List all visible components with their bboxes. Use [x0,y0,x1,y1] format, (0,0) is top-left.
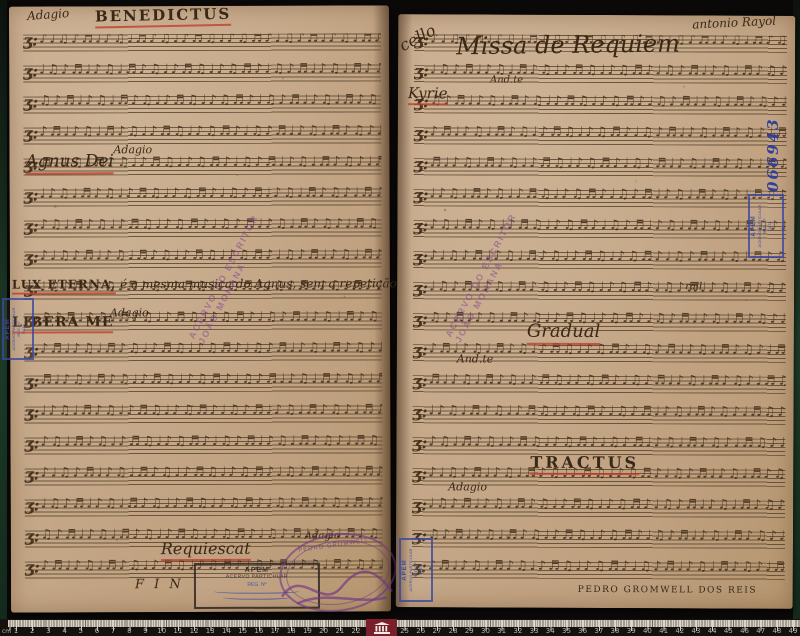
bass-clef-glyph: ʒ: [414,123,429,142]
staff-system: ʒ:♩♫♪♬♩♪♫♩♬♪♫♩♪♬♫♩♪♫♬♪♩♫♪♬♩♪♫♩♬♪♫♪♩♬♫♪♩♫… [414,65,787,84]
ruler-number: 46 [740,627,749,635]
bass-clef-glyph: ʒ: [25,496,40,515]
catalog-number: 066943 [764,117,782,192]
staff-system: ʒ:♪♬♩♪♫♩♬♪♫♩♪♬♫♩♪♫♬♪♩♫♪♬♩♪♫♩♬♪♫♪♩♬♫♪♩♫♬♪… [412,561,785,580]
handwritten-notes: ♩♫♪♬♩♪♫♩♬♪♫♩♪♬♫♩♪♫♬♪♩♫♪♬♩♪♫♩♬♪♫♪♩♬♫♪♩♫♬♪… [428,496,785,513]
apem-stamp-right-page-corner: APEM ACERVO PARTICULAR REG. Nº DATA [399,538,433,602]
bass-clef-glyph: ʒ: [24,372,39,391]
handwritten-notes: ♫♪♬♩♪♫♩♬♪♫♩♪♬♫♩♪♫♬♪♩♫♪♬♩♪♫♩♬♪♫♪♩♬♫♪♩♫♬♪♩… [428,527,785,544]
apem-line4: DATA [21,300,26,358]
ruler-number: 10 [157,627,166,635]
handwritten-notes: ♪♬♩♪♫♩♬♪♫♩♪♬♫♩♪♫♬♪♩♫♪♬♩♪♫♩♬♪♫♪♩♬♫♪♩♫♬♪♩♫… [428,558,785,575]
bass-clef-glyph: ʒ: [412,433,427,452]
bass-clef-glyph: ʒ: [413,309,428,328]
bass-clef-glyph: ʒ: [413,247,428,266]
ruler-number: 40 [643,627,652,635]
ruler-number: 49 [789,627,798,635]
apem-line4: DATA [418,540,423,600]
handwritten-notes: ♬♩♪♫♩♬♪♫♩♪♬♫♩♪♫♬♪♩♫♪♬♩♪♫♩♬♪♫♪♩♬♫♪♩♫♬♪♩♫♪… [40,371,382,387]
staff-system: ʒ:♪♬♩♪♫♩♬♪♫♩♪♬♫♩♪♫♬♪♩♫♪♬♩♪♫♩♬♪♫♪♩♬♫♪♩♫♬♪… [414,127,787,146]
author-inscription: antonio Rayol [692,14,776,32]
ruler-number: 18 [287,627,296,635]
ruler-number: 45 [724,627,733,635]
handwritten-notes: ♩♪♫♩♬♪♫♩♪♬♫♩♪♫♬♪♩♫♪♬♩♪♫♩♬♪♫♪♩♬♫♪♩♫♬♪♩♫♪♬… [40,402,382,418]
handwritten-notes: ♪♫♩♬♪♫♩♪♬♫♩♪♫♬♪♩♫♪♬♩♪♫♩♬♪♫♪♩♬♫♪♩♫♬♪♩♫♪♬♩… [40,216,382,232]
ruler-number: 26 [416,627,425,635]
bass-clef-glyph: ʒ: [413,278,428,297]
handwritten-notes: ♪♩♫♪♬♩♪♫♩♬♪♫♩♪♬♫♩♪♫♬♪♩♫♪♬♩♪♫♩♬♪♫♪♩♬♫♪♩♫♬… [40,247,382,263]
tempo-kyrie: And.te [490,75,523,86]
owner-name-stamp: PEDRO GROMWELL DOS REIS [578,585,757,596]
handwritten-notes: ♫♪♬♩♪♫♩♬♪♫♩♪♬♫♩♪♫♬♪♩♫♪♬♩♪♫♩♬♪♫♪♩♬♫♪♩♫♬♪♩… [39,92,381,108]
tempo-libera: Adagio [110,306,149,319]
handwritten-notes: ♩♪♫♩♬♪♫♩♪♬♫♩♪♫♬♪♩♫♪♬♩♪♫♩♬♪♫♪♩♬♫♪♩♫♬♪♩♫♪♬… [429,403,786,420]
ruler-number: 14 [222,627,231,635]
staff-system: ʒ:♩♫♪♬♩♪♫♩♬♪♫♩♪♬♫♩♪♫♬♪♩♫♪♬♩♪♫♩♬♪♫♪♩♬♫♪♩♫… [25,498,383,516]
handwritten-notes: ♩♪♫♩♬♪♫♩♪♬♫♩♪♫♬♪♩♫♪♬♩♪♫♩♬♪♫♪♩♬♫♪♩♫♬♪♩♫♪♬… [429,186,786,203]
handwritten-notes: ♪♬♩♪♫♩♬♪♫♩♪♬♫♩♪♫♬♪♩♫♪♬♩♪♫♩♬♪♫♪♩♬♫♪♩♫♬♪♩♫… [39,123,381,139]
handwritten-notes: ♩♫♪♬♩♪♫♩♬♪♫♩♪♬♫♩♪♫♬♪♩♫♪♬♩♪♫♩♬♪♫♪♩♬♫♪♩♫♬♪… [39,61,381,77]
staff-system: ʒ:♪♩♫♪♬♩♪♫♩♬♪♫♩♪♬♫♩♪♫♬♪♩♫♪♬♩♪♫♩♬♪♫♪♩♬♫♪♩… [413,251,786,270]
ruler-number: 34 [546,627,555,635]
ruler-number: 35 [562,627,571,635]
ruler-number: 7 [111,627,115,635]
title-gradual: Gradual [527,321,600,345]
ruler-number: 31 [497,627,506,635]
bass-clef-glyph: ʒ: [25,558,40,577]
staff-system: ʒ:♩♪♫♩♬♪♫♩♪♬♫♩♪♫♬♪♩♫♪♬♩♪♫♩♬♪♫♪♩♬♫♪♩♫♬♪♩♫… [413,189,786,208]
handwritten-notes: ♪♬♩♪♫♩♬♪♫♩♪♬♫♩♪♫♬♪♩♫♪♬♩♪♫♩♬♪♫♪♩♬♫♪♩♫♬♪♩♫… [430,124,787,141]
rall-marking: rall [685,281,702,292]
ruler-number: 30 [481,627,490,635]
ruler-number: 11 [173,627,182,635]
staff-system: ʒ:♩♪♫♩♬♪♫♩♪♬♫♩♪♫♬♪♩♫♪♬♩♪♫♩♬♪♫♪♩♬♫♪♩♫♬♪♩♫… [24,188,382,206]
apem-line4: DATA [767,196,772,256]
handwritten-notes: ♪♫♩♬♪♫♩♪♬♫♩♪♫♬♪♩♫♪♬♩♪♫♩♬♪♫♪♩♬♫♪♩♫♬♪♩♫♪♬♩… [40,433,382,449]
bass-clef-glyph: ʒ: [23,33,38,49]
handwritten-notes: ♫♪♬♩♪♫♩♬♪♫♩♪♬♫♩♪♫♬♪♩♫♪♬♩♪♫♩♬♪♫♪♩♬♫♪♩♫♬♪♩… [429,310,786,327]
handwritten-notes: ♪♬♩♪♫♩♬♪♫♩♪♬♫♩♪♫♬♪♩♫♪♬♩♪♫♩♬♪♫♪♩♬♫♪♩♫♬♪♩♫… [40,340,382,356]
bass-clef-glyph: ʒ: [413,340,428,359]
handwritten-notes: ♫♪♬♩♪♫♩♬♪♫♩♪♬♫♩♪♫♬♪♩♫♪♬♩♪♫♩♬♪♫♪♩♬♫♪♩♫♬♪♩… [430,93,787,110]
bass-clef-glyph: ʒ: [24,434,39,453]
handwritten-notes: ♪♫♩♬♪♫♩♪♬♫♩♪♫♬♪♩♫♪♬♩♪♫♩♬♪♫♪♩♬♫♪♩♫♬♪♩♫♪♬♩… [428,434,785,451]
bass-clef-glyph: ʒ: [412,495,427,514]
bass-clef-glyph: ʒ: [412,464,427,483]
bass-clef-glyph: ʒ: [413,402,428,421]
staff-system: ʒ:♬♩♪♫♩♬♪♫♩♪♬♫♩♪♫♬♪♩♫♪♬♩♪♫♩♬♪♫♪♩♬♫♪♩♫♬♪♩… [413,375,786,394]
bass-clef-glyph: ʒ: [414,61,429,80]
handwritten-notes: ♪♫♩♬♪♫♩♪♬♫♩♪♫♬♪♩♫♪♬♩♪♫♩♬♪♫♪♩♬♫♪♩♫♬♪♩♫♪♬♩… [429,217,786,234]
staff-system: ʒ:♪♫♩♬♪♫♩♪♬♫♩♪♫♬♪♩♫♪♬♩♪♫♩♬♪♫♪♩♬♫♪♩♫♬♪♩♫♪… [413,220,786,239]
ruler: cm 1234567891011121314151617181920212223… [0,619,800,636]
ruler-number: 37 [594,627,603,635]
staff-system: ʒ:♪♩♫♪♬♩♪♫♩♬♪♫♩♪♬♫♩♪♫♬♪♩♫♪♬♩♪♫♩♬♪♫♪♩♬♫♪♩… [24,250,382,268]
ruler-number: 36 [578,627,587,635]
ruler-number: 47 [756,627,765,635]
bass-clef-glyph: ʒ: [413,185,428,204]
ruler-number: 3 [46,627,50,635]
handwritten-notes: ♬♩♪♫♩♬♪♫♩♪♬♫♩♪♫♬♪♩♫♪♬♩♪♫♩♬♪♫♪♩♬♫♪♩♫♬♪♩♫♪… [429,372,786,389]
staff-system: ʒ:♩♫♪♬♩♪♫♩♬♪♫♩♪♬♫♩♪♫♬♪♩♫♪♬♩♪♫♩♬♪♫♪♩♬♫♪♩♫… [23,64,381,82]
bass-clef-glyph: ʒ: [23,124,38,143]
staff-system: ʒ:♪♬♩♪♫♩♬♪♫♩♪♬♫♩♪♫♬♪♩♫♪♬♩♪♫♩♬♪♫♪♩♬♫♪♩♫♬♪… [24,343,382,361]
tempo-tractus: Adagio [448,480,487,493]
left-page: ʒ:♪♩♫♪♬♩♪♫♩♬♪♫♩♪♬♫♩♪♫♬♪♩♫♪♬♩♪♫♩♬♪♫♪♩♬♫♪♩… [9,5,391,612]
ruler-number: 13 [206,627,215,635]
ruler-number: 27 [432,627,441,635]
staff-system: ʒ:♩♪♫♩♬♪♫♩♪♬♫♩♪♫♬♪♩♫♪♬♩♪♫♩♬♪♫♪♩♬♫♪♩♫♬♪♩♫… [24,405,382,423]
staff-system: ʒ:♪♩♫♪♬♩♪♫♩♬♪♫♩♪♬♫♩♪♫♬♪♩♫♪♬♩♪♫♩♬♪♫♪♩♬♫♪♩… [23,33,381,51]
ruler-number: 5 [79,627,83,635]
ruler-number: 6 [95,627,99,635]
ruler-number: 38 [611,627,620,635]
ruler-number: 21 [335,627,344,635]
apem-stamp-right-edge: APEM ACERVO PARTICULAR REG. Nº DATA [748,194,784,258]
staff-system: ʒ:♬♩♪♫♩♬♪♫♩♪♬♫♩♪♫♬♪♩♫♪♬♩♪♫♩♬♪♫♪♩♬♫♪♩♫♬♪♩… [24,374,382,392]
ruler-number: 12 [190,627,199,635]
ruler-number: 28 [449,627,458,635]
staff-system: ʒ:♪♬♩♪♫♩♬♪♫♩♪♬♫♩♪♫♬♪♩♫♪♬♩♪♫♩♬♪♫♪♩♬♫♪♩♫♬♪… [23,126,381,144]
staff-system: ʒ:♩♫♪♬♩♪♫♩♬♪♫♩♪♬♫♩♪♫♬♪♩♫♪♬♩♪♫♩♬♪♫♪♩♬♫♪♩♫… [412,499,785,518]
handwritten-notes: ♪♩♫♪♬♩♪♫♩♬♪♫♩♪♬♫♩♪♫♬♪♩♫♪♬♩♪♫♩♬♪♫♪♩♬♫♪♩♫♬… [41,464,383,480]
handwritten-notes: ♬♩♪♫♩♬♪♫♩♪♬♫♩♪♫♬♪♩♫♪♬♩♪♫♩♬♪♫♪♩♬♫♪♩♫♬♪♩♫♪… [430,155,787,172]
ruler-number: 19 [303,627,312,635]
ruler-number: 2 [30,627,34,635]
ruler-number: 42 [675,627,684,635]
staff-system: ʒ:♩♪♫♩♬♪♫♩♪♬♫♩♪♫♬♪♩♫♪♬♩♪♫♩♬♪♫♪♩♬♫♪♩♫♬♪♩♫… [413,406,786,425]
bass-clef-glyph: ʒ: [23,93,38,112]
ruler-number: 48 [772,627,781,635]
bass-clef-glyph: ʒ: [413,216,428,235]
bass-clef-glyph: ʒ: [25,527,40,546]
staff-system: ʒ:♫♪♬♩♪♫♩♬♪♫♩♪♬♫♩♪♫♬♪♩♫♪♬♩♪♫♩♬♪♫♪♩♬♫♪♩♫♬… [23,95,381,113]
staff-system: ʒ:♪♫♩♬♪♫♩♪♬♫♩♪♫♬♪♩♫♪♬♩♪♫♩♬♪♫♪♩♬♫♪♩♫♬♪♩♫♪… [24,436,382,454]
lux-eterna-text: é a mesma musica do Agnus, sem a repetiç… [116,276,397,291]
ruler-number: 17 [271,627,280,635]
ruler-number: 29 [465,627,474,635]
apem-stamp-left-edge: APEM ACERVO PARTICULAR REG. Nº DATA [2,298,34,360]
ruler-number: 16 [254,627,263,635]
title-benedictus: BENEDICTUS [95,5,232,29]
lux-eterna-label: LUX ETERNA, [12,277,116,294]
fin-marking: F I N [135,577,184,592]
tempo-adagio-top: Adagio [27,6,70,23]
ruler-number: 41 [659,627,668,635]
ruler-number: 32 [513,627,522,635]
ruler-number: 4 [62,627,66,635]
ruler-number: 44 [708,627,717,635]
staff-system: ʒ:♬♩♪♫♩♬♪♫♩♪♬♫♩♪♫♬♪♩♫♪♬♩♪♫♩♬♪♫♪♩♬♫♪♩♫♬♪♩… [414,158,787,177]
ruler-number: 15 [238,627,247,635]
main-title: Missa de Requiem [456,29,680,60]
staff-system: ʒ:♪♩♫♪♬♩♪♫♩♬♪♫♩♪♬♫♩♪♫♬♪♩♫♪♬♩♪♫♩♬♪♫♪♩♬♫♪♩… [25,467,383,485]
ruler-numbers: 1234567891011121314151617181920212223242… [0,627,800,636]
bass-clef-glyph: ʒ: [24,248,39,267]
lux-eterna-note: LUX ETERNA, é a mesma musica do Agnus, s… [12,276,390,291]
right-page: ʒ:♪♩♫♪♬♩♪♫♩♬♪♫♩♪♬♫♩♪♫♬♪♩♫♪♬♩♪♫♩♬♪♫♪♩♬♫♪♩… [396,14,796,609]
bass-clef-glyph: ʒ: [23,62,38,81]
staff-system: ʒ:♫♪♬♩♪♫♩♬♪♫♩♪♬♫♩♪♫♬♪♩♫♪♬♩♪♫♩♬♪♫♪♩♬♫♪♩♫♬… [412,530,785,549]
bass-clef-glyph: ʒ: [413,371,428,390]
scanned-manuscript: ʒ:♪♩♫♪♬♩♪♫♩♬♪♫♩♪♬♫♩♪♫♬♪♩♫♪♬♩♪♫♩♬♪♫♪♩♬♫♪♩… [0,0,800,636]
ruler-number: 39 [627,627,636,635]
title-agnus-dei: Agnus Dei [25,151,113,174]
purple-signature-flourish [277,561,397,611]
building-icon [373,622,391,634]
bass-clef-glyph: ʒ: [24,403,39,422]
apem-logo [366,619,397,636]
staff-system: ʒ:♫♪♬♩♪♫♩♬♪♫♩♪♬♫♩♪♫♬♪♩♫♪♬♩♪♫♩♬♪♫♪♩♬♫♪♩♫♬… [414,96,787,115]
handwritten-notes: ♩♫♪♬♩♪♫♩♬♪♫♩♪♬♫♩♪♫♬♪♩♫♪♬♩♪♫♩♬♪♫♪♩♬♫♪♩♫♬♪… [41,495,383,511]
ruler-number: 33 [530,627,539,635]
bass-clef-glyph: ʒ: [24,186,39,205]
ruler-number: 43 [692,627,701,635]
handwritten-notes: ♪♩♫♪♬♩♪♫♩♬♪♫♩♪♬♫♩♪♫♬♪♩♫♪♬♩♪♫♩♬♪♫♪♩♬♫♪♩♫♬… [39,33,381,46]
title-kyrie: Kyrie [408,84,448,105]
tempo-gradual: And.te [457,352,494,365]
bass-clef-glyph: ʒ: [414,154,429,173]
staff-system: ʒ:♪♫♩♬♪♫♩♪♬♫♩♪♫♬♪♩♫♪♬♩♪♫♩♬♪♫♪♩♬♫♪♩♫♬♪♩♫♪… [24,219,382,237]
handwritten-notes: ♩♪♫♩♬♪♫♩♪♬♫♩♪♫♬♪♩♫♪♬♩♪♫♩♬♪♫♪♩♬♫♪♩♫♬♪♩♫♪♬… [40,185,382,201]
ruler-number: 20 [319,627,328,635]
bass-clef-glyph: ʒ: [25,465,40,484]
bass-clef-glyph: ʒ: [24,217,39,236]
ruler-number: 9 [143,627,147,635]
title-tractus: TRACTUS [530,453,639,475]
tempo-agnus: Adagio [113,143,152,156]
ruler-number: 1 [14,627,18,635]
handwritten-notes: ♩♫♪♬♩♪♫♩♬♪♫♩♪♬♫♩♪♫♬♪♩♫♪♬♩♪♫♩♬♪♫♪♩♬♫♪♩♫♬♪… [430,62,787,79]
title-requiescat: Requiescat [161,539,251,561]
ruler-number: 8 [127,627,131,635]
ruler-number: 22 [352,627,361,635]
ruler-number: 25 [400,627,409,635]
